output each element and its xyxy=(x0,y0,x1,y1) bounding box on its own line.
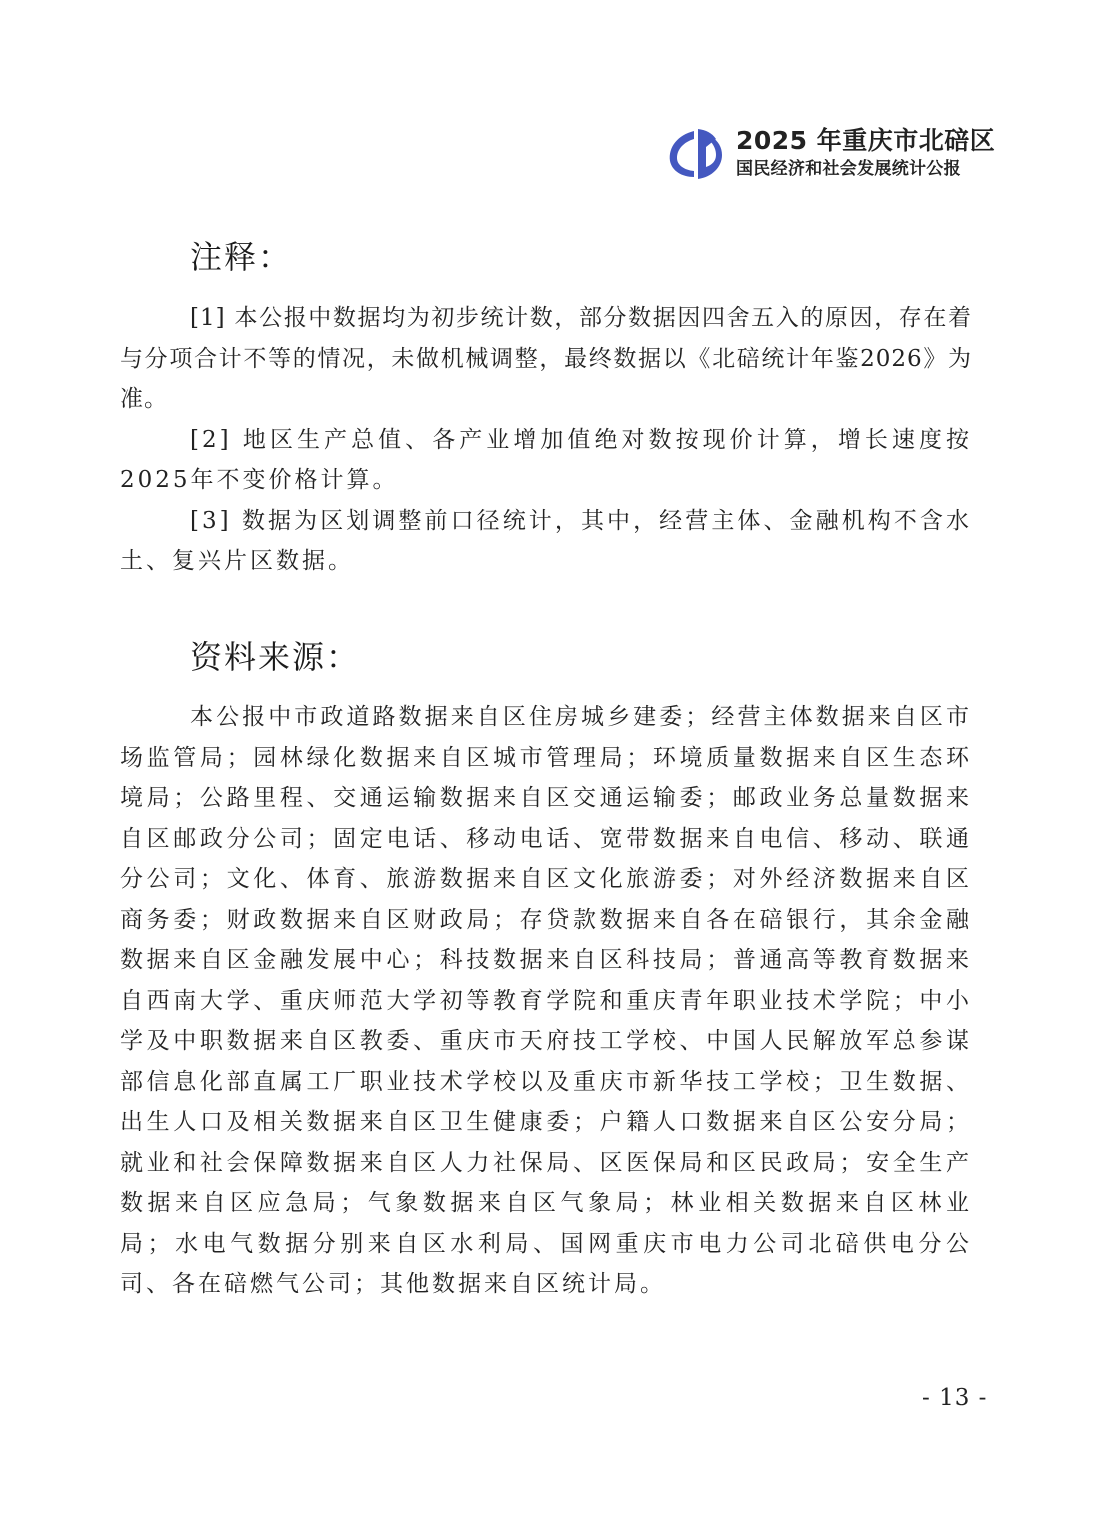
page-number: - 13 - xyxy=(922,1385,987,1411)
sources-paragraph: 本公报中市政道路数据来自区住房城乡建委；经营主体数据来自区市场监管局；园林绿化数… xyxy=(120,697,972,1305)
notes-heading: 注释： xyxy=(190,237,292,277)
stats-bureau-logo-icon xyxy=(664,121,728,185)
report-subtitle: 国民经济和社会发展统计公报 xyxy=(736,158,995,180)
report-title: 2025 年重庆市北碚区 xyxy=(736,126,995,156)
note-item-1: [1] 本公报中数据均为初步统计数，部分数据因四舍五入的原因，存在着与分项合计不… xyxy=(120,298,972,420)
header-text: 2025 年重庆市北碚区 国民经济和社会发展统计公报 xyxy=(736,126,995,180)
sources-heading: 资料来源： xyxy=(190,637,360,677)
note-item-3: [3] 数据为区划调整前口径统计，其中，经营主体、金融机构不含水土、复兴片区数据… xyxy=(120,501,972,582)
note-item-2: [2] 地区生产总值、各产业增加值绝对数按现价计算，增长速度按 2025年不变价… xyxy=(120,420,972,501)
report-header: 2025 年重庆市北碚区 国民经济和社会发展统计公报 xyxy=(664,118,995,188)
notes-section: [1] 本公报中数据均为初步统计数，部分数据因四舍五入的原因，存在着与分项合计不… xyxy=(120,298,972,582)
sources-section: 本公报中市政道路数据来自区住房城乡建委；经营主体数据来自区市场监管局；园林绿化数… xyxy=(120,697,972,1305)
